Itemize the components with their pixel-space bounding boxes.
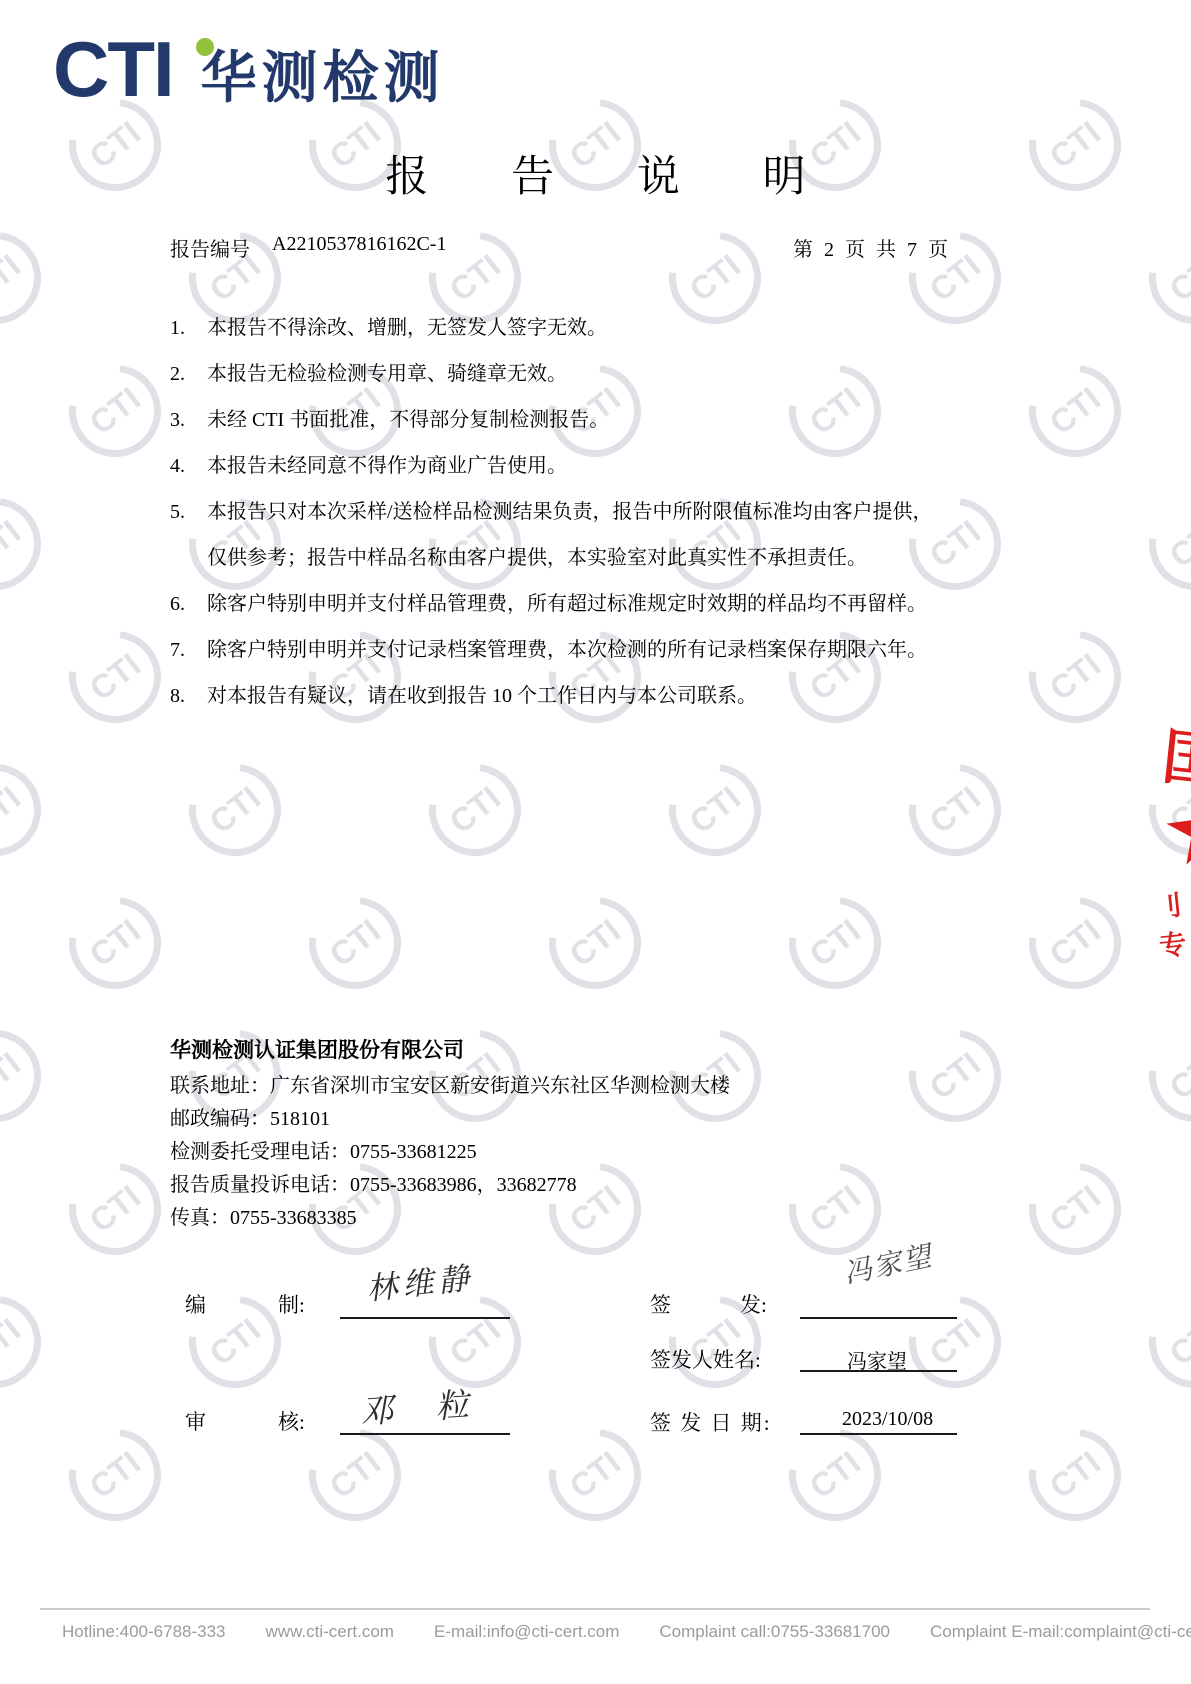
note-text: 本报告无检验检测专用章、骑缝章无效。 — [207, 351, 945, 397]
company-line: 邮政编码：518101 — [170, 1103, 730, 1136]
cti-logo-green-dot-icon — [196, 38, 214, 56]
note-text: 除客户特别申明并支付记录档案管理费，本次检测的所有记录档案保存期限六年。 — [207, 627, 945, 673]
cti-watermark-icon: CTI — [530, 878, 659, 1007]
footer-contact-row: Hotline:400-6788-333www.cti-cert.comE-ma… — [62, 1622, 1191, 1642]
cti-watermark-icon: CTI — [50, 878, 179, 1007]
page-title: 报 告 说 明 — [0, 143, 1191, 204]
cti-watermark-text: CTI — [202, 779, 267, 842]
cti-watermark-text: CTI — [922, 779, 987, 842]
note-number: 8. — [170, 673, 207, 719]
cti-watermark-icon: CTI — [1130, 1011, 1191, 1140]
company-line: 检测委托受理电话：0755-33681225 — [170, 1136, 730, 1169]
note-number: 2. — [170, 351, 207, 397]
cti-watermark-text: CTI — [0, 247, 28, 310]
note-text: 除客户特别申明并支付样品管理费，所有超过标准规定时效期的样品均不再留样。 — [207, 581, 945, 627]
note-item: 6.除客户特别申明并支付样品管理费，所有超过标准规定时效期的样品均不再留样。 — [170, 581, 945, 627]
company-name: 华测检测认证集团股份有限公司 — [170, 1034, 730, 1067]
note-number: 3. — [170, 397, 207, 443]
cti-watermark-icon: CTI — [1010, 612, 1139, 741]
report-number-value: A2210537816162C-1 — [272, 233, 446, 256]
reviewed-by-label-2: 核: — [278, 1406, 305, 1436]
cti-watermark-text: CTI — [442, 247, 507, 310]
cti-watermark-icon: CTI — [0, 479, 60, 608]
footer-item: E-mail:info@cti-cert.com — [434, 1622, 619, 1642]
cti-watermark-icon: CTI — [0, 745, 60, 874]
cti-watermark-text: CTI — [1042, 380, 1107, 443]
cti-watermark-icon: CTI — [0, 1277, 60, 1406]
cti-watermark-icon: CTI — [1010, 346, 1139, 475]
note-item: 1.本报告不得涂改、增删，无签发人签字无效。 — [170, 305, 945, 351]
cti-watermark-text: CTI — [82, 646, 147, 709]
cti-watermark-text: CTI — [322, 1444, 387, 1507]
cti-watermark-icon: CTI — [1010, 1410, 1139, 1539]
cti-watermark-text: CTI — [0, 1311, 28, 1374]
cti-logo-text: CTI — [53, 30, 173, 108]
cti-watermark-icon: CTI — [50, 612, 179, 741]
footer-item: Complaint E-mail:complaint@cti-cert.com — [930, 1622, 1191, 1642]
cti-watermark-text: CTI — [0, 779, 28, 842]
company-line: 联系地址：广东省深圳市宝安区新安街道兴东社区华测检测大楼 — [170, 1070, 730, 1103]
cti-watermark-text: CTI — [82, 380, 147, 443]
issue-date-label: 签 发 日 期: — [650, 1407, 772, 1437]
cti-watermark-text: CTI — [1162, 1311, 1191, 1374]
cti-watermark-text: CTI — [1042, 646, 1107, 709]
company-line: 传真：0755-33683385 — [170, 1202, 730, 1235]
note-item: 8.对本报告有疑议，请在收到报告 10 个工作日内与本公司联系。 — [170, 673, 945, 719]
note-text: 本报告不得涂改、增删，无签发人签字无效。 — [207, 305, 945, 351]
note-text: 对本报告有疑议，请在收到报告 10 个工作日内与本公司联系。 — [207, 673, 945, 719]
note-number: 4. — [170, 443, 207, 489]
cti-watermark-text: CTI — [82, 912, 147, 975]
cti-watermark-icon: CTI — [50, 346, 179, 475]
note-number: 7. — [170, 627, 207, 673]
note-item: 7.除客户特别申明并支付记录档案管理费，本次检测的所有记录档案保存期限六年。 — [170, 627, 945, 673]
cti-watermark-text: CTI — [802, 1178, 867, 1241]
cti-watermark-text: CTI — [1042, 1444, 1107, 1507]
cti-watermark-text: CTI — [1042, 1178, 1107, 1241]
note-number: 6. — [170, 581, 207, 627]
cti-watermark-text: CTI — [1162, 1045, 1191, 1108]
cti-watermark-icon: CTI — [770, 878, 899, 1007]
company-line: 报告质量投诉电话：0755-33683986，33682778 — [170, 1169, 730, 1202]
cti-watermark-icon: CTI — [170, 745, 299, 874]
cti-watermark-text: CTI — [82, 1444, 147, 1507]
company-contact-lines: 联系地址：广东省深圳市宝安区新安街道兴东社区华测检测大楼邮政编码：518101检… — [170, 1070, 730, 1235]
note-number: 1. — [170, 305, 207, 351]
note-number: 5. — [170, 489, 207, 581]
cti-watermark-text: CTI — [922, 1045, 987, 1108]
prepared-by-label-1: 编 — [185, 1289, 206, 1319]
cti-watermark-text: CTI — [82, 1178, 147, 1241]
cti-logo: CTI 华测检测 — [53, 30, 445, 108]
reviewed-by-underline — [340, 1408, 510, 1435]
cti-watermark-text: CTI — [802, 1444, 867, 1507]
prepared-by-underline — [340, 1292, 510, 1319]
cti-watermark-icon: CTI — [50, 1410, 179, 1539]
report-notes-list: 1.本报告不得涂改、增删，无签发人签字无效。2.本报告无检验检测专用章、骑缝章无… — [170, 305, 945, 719]
cti-watermark-icon: CTI — [290, 878, 419, 1007]
cti-watermark-text: CTI — [1162, 513, 1191, 576]
footer-item: www.cti-cert.com — [266, 1622, 394, 1642]
reviewed-by-label-1: 审 — [185, 1406, 206, 1436]
cti-watermark-icon: CTI — [1130, 479, 1191, 608]
footer-item: Complaint call:0755-33681700 — [659, 1622, 890, 1642]
issue-date-underline — [800, 1408, 957, 1435]
cti-watermark-icon: CTI — [0, 213, 60, 342]
cti-watermark-text: CTI — [682, 247, 747, 310]
cti-watermark-icon: CTI — [530, 1410, 659, 1539]
issuer-name-label: 签发人姓名: — [650, 1344, 761, 1374]
note-text: 未经 CTI 书面批准，不得部分复制检测报告。 — [207, 397, 945, 443]
cti-watermark-icon: CTI — [1130, 1277, 1191, 1406]
note-item: 4.本报告未经同意不得作为商业广告使用。 — [170, 443, 945, 489]
issued-by-underline — [800, 1292, 957, 1319]
prepared-by-label-2: 制: — [278, 1289, 305, 1319]
cti-watermark-text: CTI — [1042, 912, 1107, 975]
cti-watermark-icon: CTI — [890, 1011, 1019, 1140]
cti-logo-chinese: 华测检测 — [201, 50, 445, 108]
company-info-block: 华测检测认证集团股份有限公司 联系地址：广东省深圳市宝安区新安街道兴东社区华测检… — [170, 1034, 730, 1235]
cti-watermark-icon: CTI — [650, 745, 779, 874]
page-indicator: 第 2 页 共 7 页 — [793, 233, 951, 262]
cti-watermark-text: CTI — [802, 912, 867, 975]
note-item: 3.未经 CTI 书面批准，不得部分复制检测报告。 — [170, 397, 945, 443]
cti-watermark-text: CTI — [1162, 247, 1191, 310]
cti-watermark-text: CTI — [682, 779, 747, 842]
cti-watermark-icon: CTI — [50, 1144, 179, 1273]
cti-watermark-icon: CTI — [0, 1011, 60, 1140]
cti-watermark-text: CTI — [562, 912, 627, 975]
footer-divider — [40, 1608, 1150, 1610]
cti-watermark-text: CTI — [442, 1311, 507, 1374]
cti-watermark-text: CTI — [0, 1045, 28, 1108]
note-text: 本报告只对本次采样/送检样品检测结果负责，报告中所附限值标准均由客户提供，仅供参… — [207, 489, 945, 581]
report-number-label: 报告编号 — [170, 233, 250, 262]
cti-watermark-text: CTI — [202, 1311, 267, 1374]
note-item: 5.本报告只对本次采样/送检样品检测结果负责，报告中所附限值标准均由客户提供，仅… — [170, 489, 945, 581]
cti-watermark-icon: CTI — [890, 745, 1019, 874]
cti-watermark-text: CTI — [322, 912, 387, 975]
issuer-name-underline — [800, 1345, 957, 1372]
cti-watermark-text: CTI — [442, 779, 507, 842]
cti-watermark-icon: CTI — [410, 745, 539, 874]
report-page: CTICTICTICTICTICTICTICTICTICTICTICTICTIC… — [0, 0, 1191, 1684]
cti-watermark-icon: CTI — [1010, 878, 1139, 1007]
cti-watermark-text: CTI — [0, 513, 28, 576]
cti-watermark-icon: CTI — [1010, 1144, 1139, 1273]
note-text: 本报告未经同意不得作为商业广告使用。 — [207, 443, 945, 489]
cti-watermark-text: CTI — [562, 1444, 627, 1507]
issued-by-label-1: 签 — [650, 1289, 671, 1319]
issued-by-label-2: 发: — [740, 1289, 767, 1319]
cti-watermark-icon: CTI — [1130, 213, 1191, 342]
footer-item: Hotline:400-6788-333 — [62, 1622, 226, 1642]
note-item: 2.本报告无检验检测专用章、骑缝章无效。 — [170, 351, 945, 397]
